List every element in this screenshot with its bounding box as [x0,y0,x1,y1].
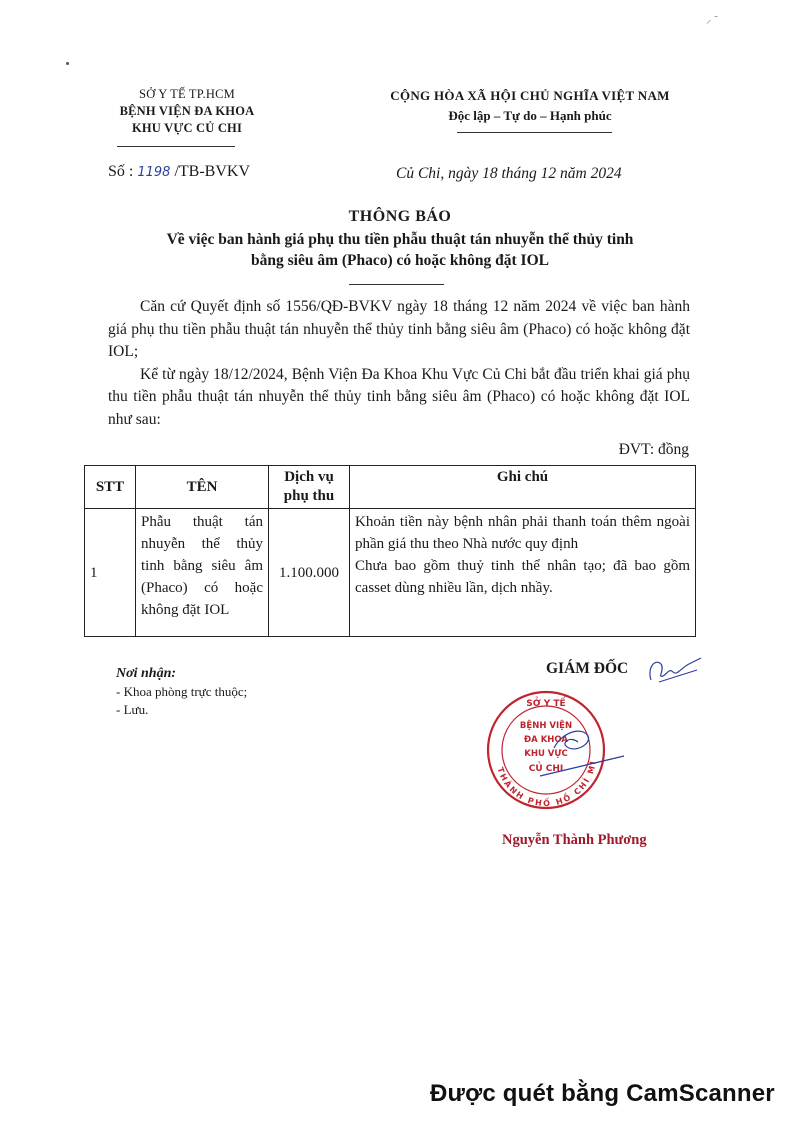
currency-unit: ĐVT: đồng [619,441,689,459]
motto-divider [457,132,612,133]
document-title-block: THÔNG BÁO Về việc ban hành giá phụ thu t… [100,208,700,271]
column-header-fee: Dịch vụ phụ thu [269,466,350,509]
initial-signature-icon [645,652,705,688]
document-number-value: 1198 [137,165,170,180]
document-number-suffix: /TB-BVKV [174,163,250,180]
column-header-notes: Ghi chú [350,466,696,509]
national-header: CỘNG HÒA XÃ HỘI CHỦ NGHĨA VIỆT NAM Độc l… [360,88,700,124]
document-date: Củ Chi, ngày 18 tháng 12 năm 2024 [396,165,622,183]
recipient-item: - Lưu. [116,701,247,719]
document-body: Căn cứ Quyết định số 1556/QĐ-BVKV ngày 1… [108,296,690,431]
issuer-area: KHU VỰC CỦ CHI [72,120,302,137]
document-subject-line2: bằng siêu âm (Phaco) có hoặc không đặt I… [100,250,700,271]
stamp-line: KHU VỰC [524,749,567,759]
issuer-hospital: BỆNH VIỆN ĐA KHOA [72,103,302,120]
issuer-department: SỞ Y TẾ TP.HCM [72,86,302,103]
table-row: 1 Phẫu thuật tán nhuyễn thể thủy tinh bằ… [85,509,696,637]
title-divider [349,284,444,285]
cell-stt: 1 [85,509,136,637]
document-subject-line1: Về việc ban hành giá phụ thu tiền phẫu t… [100,229,700,250]
scanner-watermark: Được quét bằng CamScanner [430,1080,775,1108]
note-line: Khoản tiền này bệnh nhân phải thanh toán… [355,511,690,555]
scan-mark: ⸝ ˜ [706,12,718,27]
recipient-item: - Khoa phòng trực thuộc; [116,683,247,701]
table-header-row: STT TÊN Dịch vụ phụ thu Ghi chú [85,466,696,509]
recipients-block: Nơi nhận: - Khoa phòng trực thuộc; - Lưu… [116,665,247,719]
signatory-title: GIÁM ĐỐC [546,660,628,678]
document-number: Số : 1198 /TB-BVKV [108,163,250,181]
cell-fee-amount: 1.100.000 [269,509,350,637]
stamp-line: ĐA KHOA [524,735,568,745]
column-header-name: TÊN [136,466,269,509]
cell-notes: Khoản tiền này bệnh nhân phải thanh toán… [350,509,696,637]
fee-table: STT TÊN Dịch vụ phụ thu Ghi chú 1 Phẫu t… [84,465,696,637]
national-motto: Độc lập – Tự do – Hạnh phúc [360,108,700,124]
cell-service-name: Phẫu thuật tán nhuyễn thể thủy tinh bằng… [136,509,269,637]
issuer-divider [117,146,235,147]
document-number-label: Số : [108,163,133,180]
body-paragraph: Kể từ ngày 18/12/2024, Bệnh Viện Đa Khoa… [108,364,690,432]
note-line: Chưa bao gồm thuỷ tinh thể nhân tạo; đã … [355,555,690,599]
column-header-stt: STT [85,466,136,509]
national-title: CỘNG HÒA XÃ HỘI CHỦ NGHĨA VIỆT NAM [360,88,700,104]
signer-name: Nguyễn Thành Phương [502,832,647,849]
scan-speck [66,62,69,65]
stamp-top-text: SỞ Y TẾ [526,696,566,709]
official-stamp-icon: SỞ Y TẾ BỆNH VIỆN ĐA KHOA KHU VỰC CỦ CHI… [482,686,632,816]
issuer-block: SỞ Y TẾ TP.HCM BỆNH VIỆN ĐA KHOA KHU VỰC… [72,86,302,137]
body-paragraph: Căn cứ Quyết định số 1556/QĐ-BVKV ngày 1… [108,296,690,364]
recipients-label: Nơi nhận: [116,665,247,683]
stamp-line: BỆNH VIỆN [520,720,572,731]
document-heading: THÔNG BÁO [100,208,700,226]
